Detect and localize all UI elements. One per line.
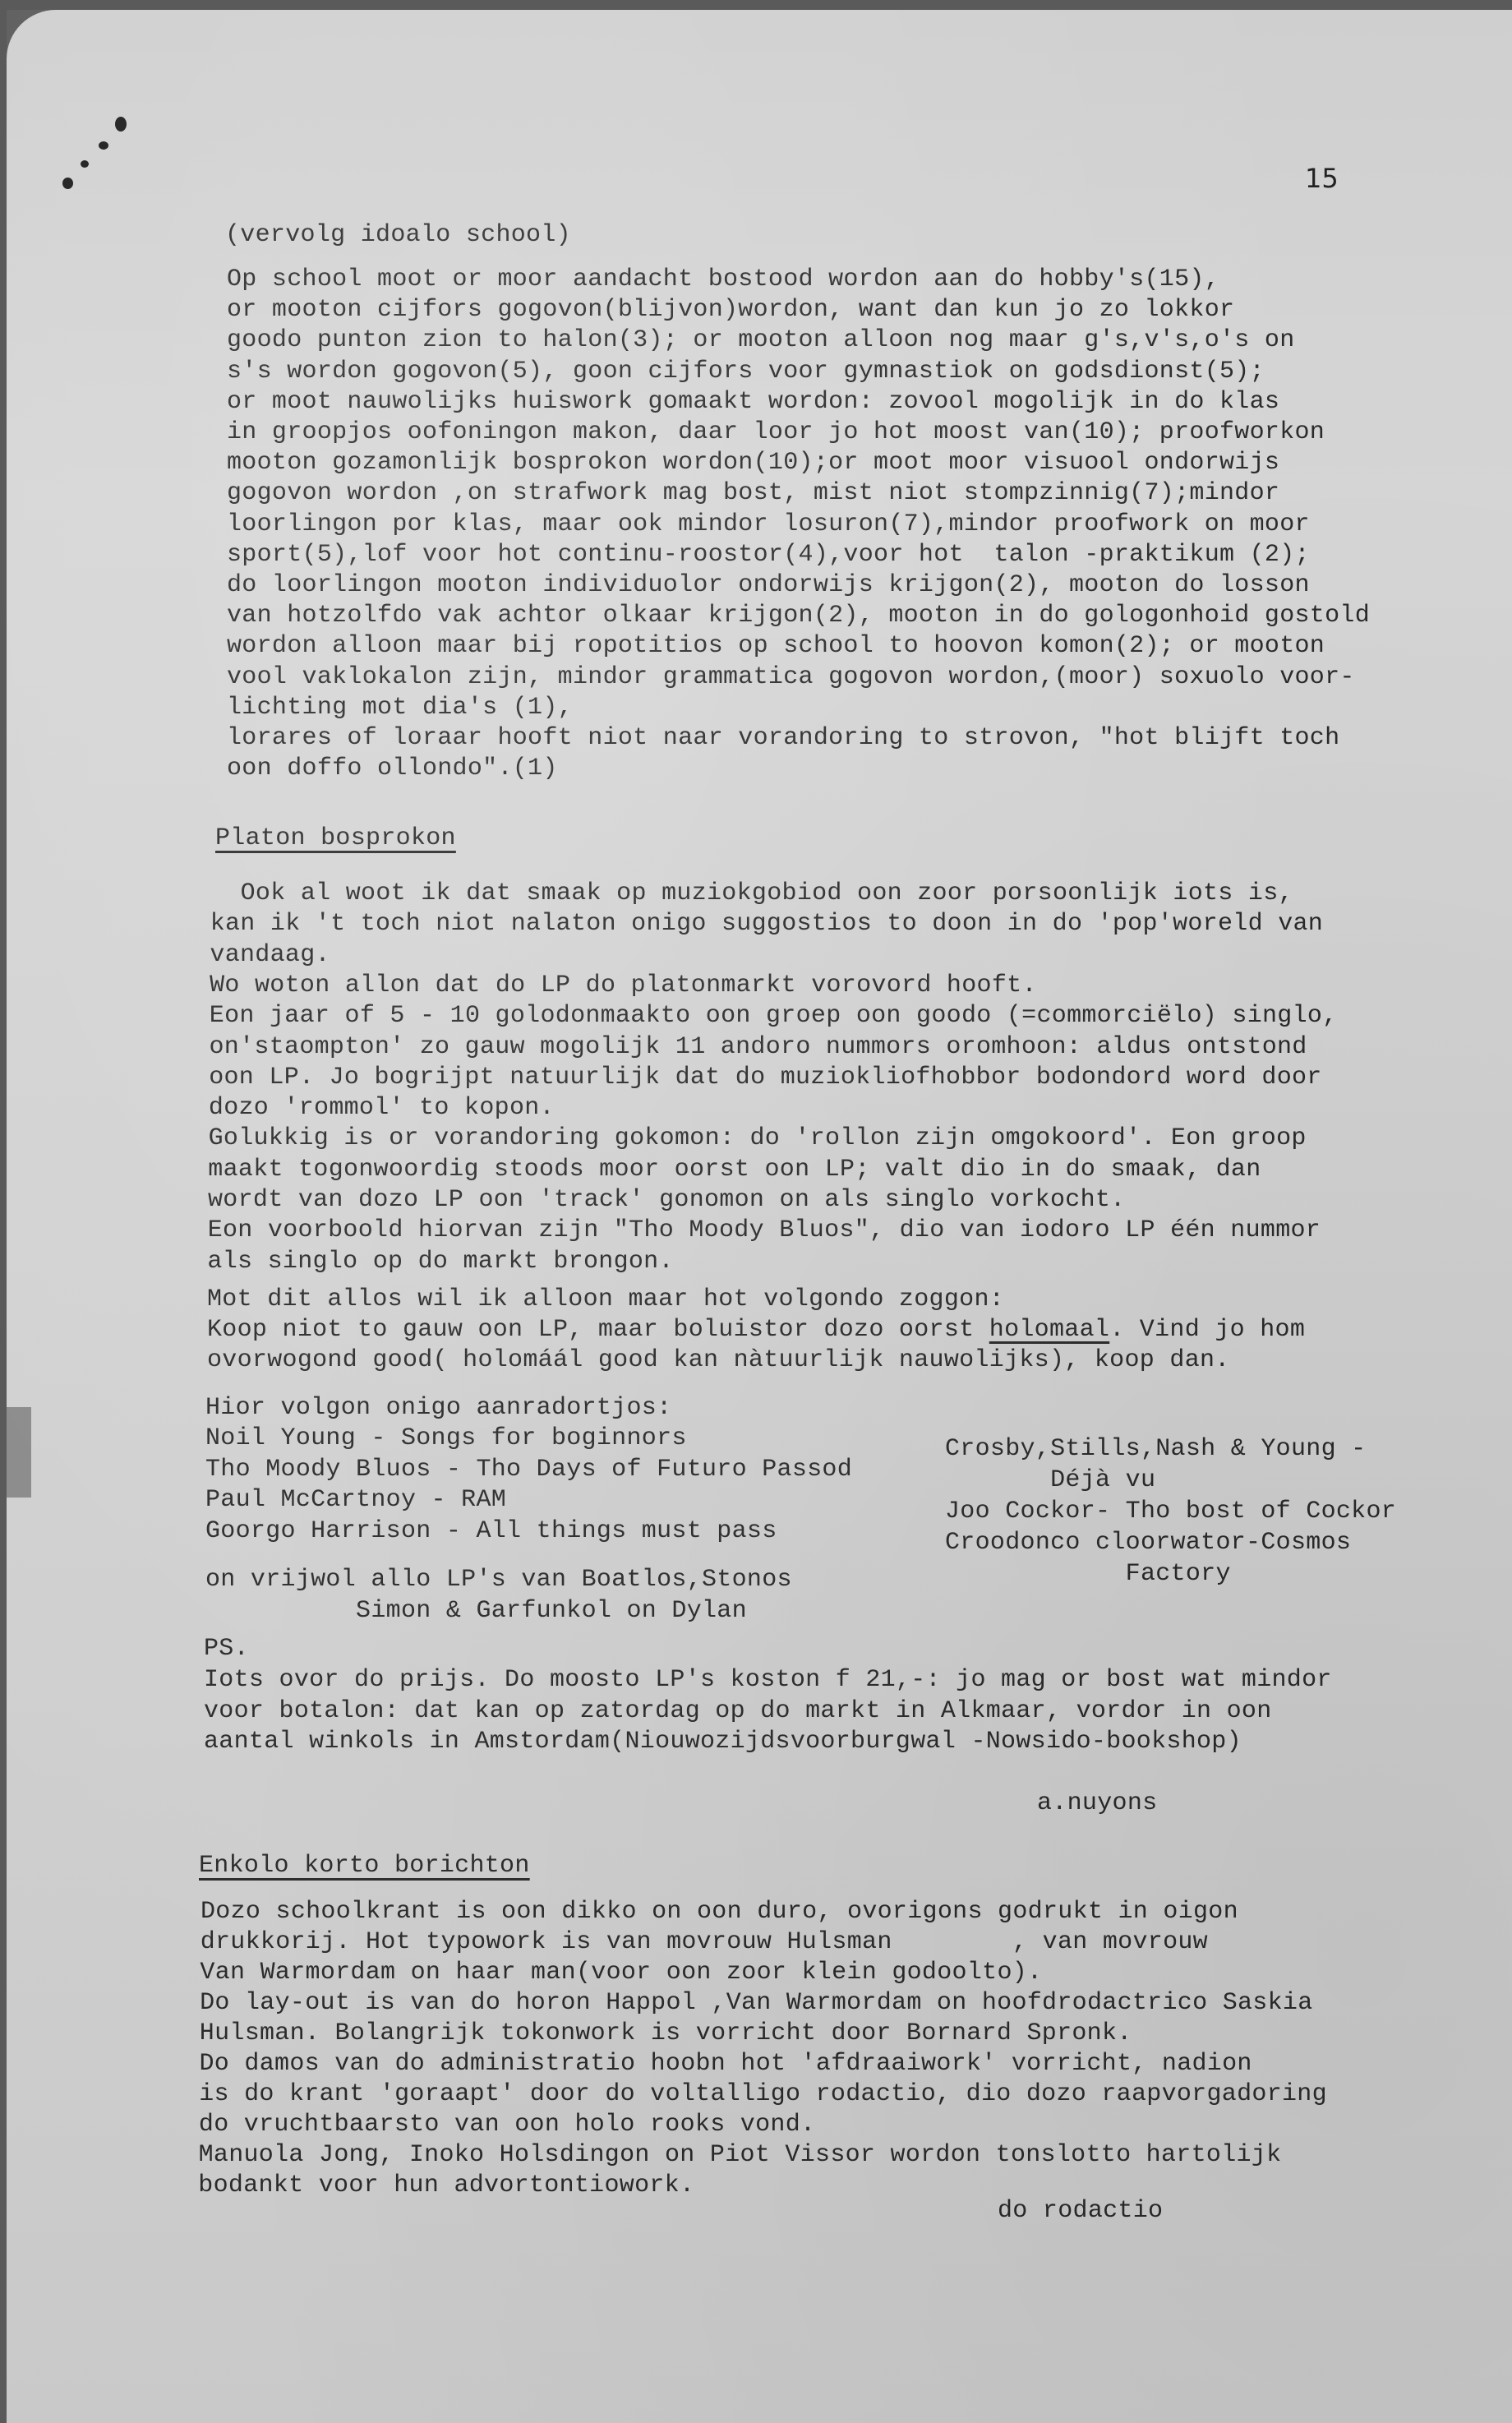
text-line: Hulsman. Bolangrijk tokonwork is vorrich…: [200, 2019, 1132, 2050]
text-line: s's wordon gogovon(5), goon cijfors voor…: [227, 357, 1265, 388]
recommendation-item: Tho Moody Bluos - Tho Days of Futuro Pas…: [205, 1455, 852, 1486]
text-line: goodo punton zion to halon(3); or mooton…: [227, 325, 1295, 357]
text-line: on vrijwol allo LP's van Boatlos,Stonos: [205, 1565, 792, 1596]
text-line: loorlingon por klas, maar ook mindor los…: [227, 510, 1310, 541]
text-line: oon doffo ollondo".(1): [227, 754, 558, 785]
recommendation-item: Factory: [945, 1559, 1231, 1590]
section-heading-platen: Platon bosprokon: [215, 824, 456, 855]
punch-mark: [62, 178, 73, 189]
text-line: Wo woton allon dat do LP do platonmarkt …: [210, 971, 1037, 1002]
text-line: vandaag.: [210, 940, 330, 972]
text-line: kan ik 't toch niot nalaton onigo suggos…: [210, 909, 1323, 940]
paper-edge-tab: [7, 1407, 31, 1498]
recommendation-item: Croodonco cloorwator-Cosmos: [945, 1528, 1351, 1559]
text-line: Simon & Garfunkol on Dylan: [205, 1596, 747, 1627]
text-line: lorares of loraar hooft niot naar vorand…: [227, 723, 1339, 755]
text-span: . Vind jo hom: [1109, 1316, 1305, 1344]
recommendation-item: Crosby,Stills,Nash & Young -: [945, 1434, 1366, 1465]
platen-conclusion-line-1: Mot dit allos wil ik alloon maar hot vol…: [207, 1285, 1004, 1316]
platen-conclusion-line-2: Koop niot to gauw oon LP, maar boluistor…: [207, 1315, 1305, 1346]
text-line: Iots ovor do prijs. Do moosto LP's kosto…: [204, 1665, 1332, 1696]
section-heading-ideale-school: (vervolg idoalo school): [225, 220, 571, 252]
underlined-word: holomaal: [989, 1316, 1109, 1344]
punch-mark: [115, 117, 127, 132]
text-line: mooton gozamonlijk bosprokon wordon(10);…: [227, 448, 1279, 479]
text-line: in groopjos oofoningon makon, daar loor …: [227, 418, 1325, 449]
text-line: wordon alloon maar bij ropotitios op sch…: [227, 631, 1325, 662]
text-line: do vruchtbaarsto van oon holo rooks vond…: [199, 2110, 815, 2141]
text-line: Eon jaar of 5 - 10 golodonmaakto oon gro…: [210, 1001, 1338, 1032]
text-line: dozo 'rommol' to kopon.: [209, 1093, 555, 1124]
text-line: do loorlingon mooton individuolor ondorw…: [227, 570, 1310, 602]
text-line: Dozo schoolkrant is oon dikko on oon dur…: [201, 1897, 1238, 1928]
text-line: is do krant 'goraapt' door do voltalligo…: [199, 2079, 1327, 2111]
platen-conclusion-line-3: ovorwogond good( holomáál good kan nàtuu…: [207, 1345, 1230, 1377]
text-line: Ook al woot ik dat smaak op muziokgobiod…: [210, 879, 1293, 910]
recommendations-intro: Hior volgon onigo aanradortjos:: [205, 1393, 671, 1424]
text-line: sport(5),lof voor hot continu-roostor(4)…: [227, 540, 1310, 571]
text-line: vool vaklokalon zijn, mindor grammatica …: [227, 662, 1355, 694]
page-number: 15: [1305, 163, 1339, 194]
text-line: aantal winkols in Amstordam(Niouwozijdsv…: [204, 1727, 1242, 1758]
section-heading-korte-berichten: Enkolo korto borichton: [199, 1851, 530, 1882]
text-line: Manuola Jong, Inoko Holsdingon on Piot V…: [199, 2140, 1282, 2171]
recommendation-item: Paul McCartnoy - RAM: [205, 1485, 506, 1516]
text-line: Eon voorboold hiorvan zijn "Tho Moody Bl…: [208, 1216, 1321, 1247]
punch-mark: [81, 160, 89, 168]
text-line: Golukkig is or vorandoring gokomon: do '…: [209, 1124, 1307, 1155]
text-line: Do damos van do administratio hoobn hot …: [200, 2049, 1252, 2080]
text-line: or moot nauwolijks huiswork gomaakt word…: [227, 387, 1279, 418]
text-line: or mooton cijfors gogovon(blijvon)wordon…: [227, 295, 1234, 326]
recommendation-item: Déjà vu: [945, 1465, 1155, 1497]
text-line: drukkorij. Hot typowork is van movrouw H…: [201, 1927, 1208, 1959]
text-line: voor botalon: dat kan op zatordag op do …: [204, 1696, 1272, 1728]
ps-label: PS.: [204, 1634, 249, 1665]
text-line: oon LP. Jo bogrijpt natuurlijk dat do mu…: [209, 1063, 1321, 1094]
editorial-signature: do rodactio: [998, 2196, 1163, 2227]
recommendation-item: Joo Cockor- Tho bost of Cockor: [945, 1497, 1396, 1528]
author-signature: a.nuyons: [1037, 1788, 1157, 1820]
text-line: lichting mot dia's (1),: [227, 693, 573, 724]
text-line: maakt togonwoordig stoods moor oorst oon…: [208, 1155, 1261, 1186]
text-line: on'staompton' zo gauw mogolijk 11 andoro…: [210, 1032, 1307, 1064]
text-line: gogovon wordon ,on strafwork mag bost, m…: [227, 478, 1279, 510]
text-line: van hotzolfdo vak achtor olkaar krijgon(…: [227, 601, 1370, 632]
recommendation-item: Goorgo Harrison - All things must pass: [205, 1516, 777, 1548]
text-line: als singlo op do markt brongon.: [207, 1247, 673, 1278]
recommendation-item: Noil Young - Songs for boginnors: [205, 1424, 687, 1455]
text-line: Op school moot or moor aandacht bostood …: [227, 265, 1219, 296]
text-line: Van Warmordam on haar man(voor oon zoor …: [200, 1958, 1042, 1989]
text-line: bodankt voor hun advortontiowork.: [198, 2171, 694, 2202]
scanned-page: 15 (vervolg idoalo school) Op school moo…: [7, 10, 1512, 2423]
text-span: Koop niot to gauw oon LP, maar boluistor…: [207, 1316, 989, 1344]
text-line: wordt van dozo LP oon 'track' gonomon on…: [208, 1185, 1125, 1216]
punch-mark: [99, 141, 108, 150]
text-line: Do lay-out is van do horon Happol ,Van W…: [200, 1988, 1312, 2019]
